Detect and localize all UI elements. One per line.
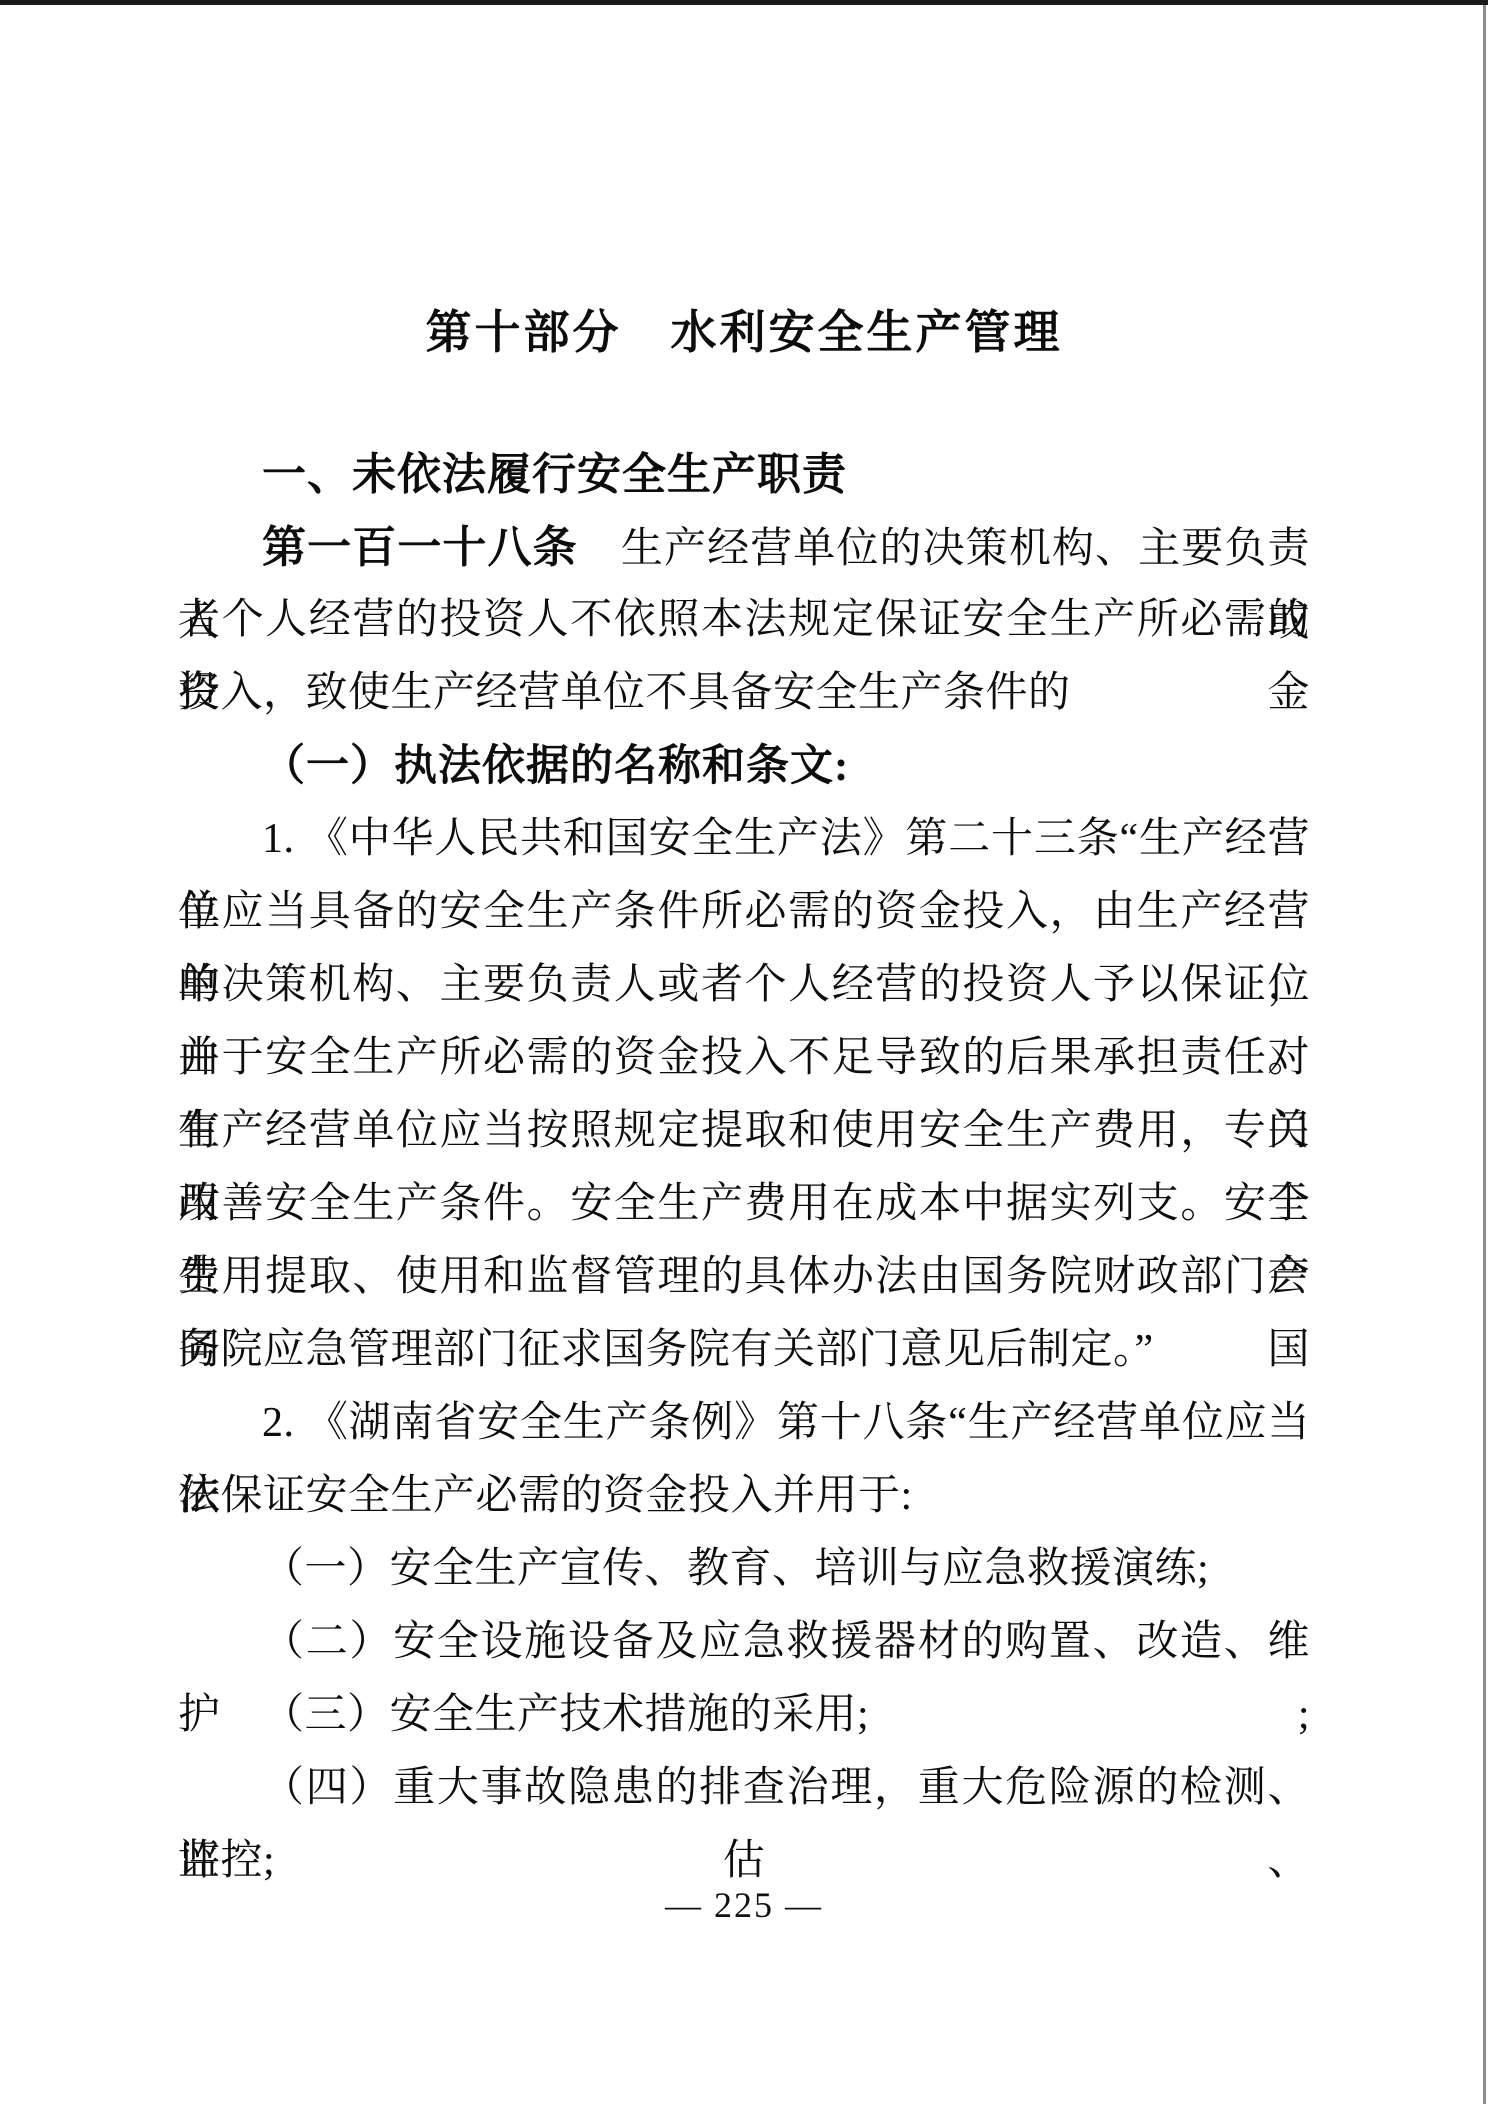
text-line: 费用提取、使用和监督管理的具体办法由国务院财政部门会同国 [178, 1241, 1310, 1314]
text-line: （一）执法依据的名称和条文: [178, 730, 1310, 803]
text-line: 2. 《湖南省安全生产条例》第十八条“生产经营单位应当依 [178, 1387, 1310, 1460]
text-line: 改善安全生产条件。安全生产费用在成本中据实列支。安全生产 [178, 1168, 1310, 1241]
page-top-border [0, 0, 1488, 5]
title-gap [178, 369, 1310, 438]
text-line: （四）重大事故隐患的排查治理，重大危险源的检测、评估、 [178, 1752, 1310, 1825]
text-line: 第一百一十八条 生产经营单位的决策机构、主要负责人或 [178, 511, 1310, 584]
page-right-edge-line [1483, 5, 1486, 2104]
text-line: 位应当具备的安全生产条件所必需的资金投入，由生产经营单位 [178, 876, 1310, 949]
text-line: 1. 《中华人民共和国安全生产法》第二十三条“生产经营单 [178, 803, 1310, 876]
page-number: — 225 — [0, 1883, 1488, 1927]
text-line: 由于安全生产所必需的资金投入不足导致的后果承担责任。有关 [178, 1022, 1310, 1095]
text-line: 者个人经营的投资人不依照本法规定保证安全生产所必需的资金 [178, 584, 1310, 657]
page-title: 第十部分 水利安全生产管理 [178, 296, 1310, 369]
text-line: （一）安全生产宣传、教育、培训与应急救援演练; [178, 1533, 1310, 1606]
text-line: 法保证安全生产必需的资金投入并用于: [178, 1460, 1310, 1533]
page-content: 第十部分 水利安全生产管理 一、未依法履行安全生产职责第一百一十八条 生产经营单… [178, 296, 1310, 1898]
body-text: 一、未依法履行安全生产职责第一百一十八条 生产经营单位的决策机构、主要负责人或者… [178, 438, 1310, 1898]
article-number: 第一百一十八条 [262, 523, 578, 572]
text-line: 务院应急管理部门征求国务院有关部门意见后制定。” [178, 1314, 1310, 1387]
text-line: 的决策机构、主要负责人或者个人经营的投资人予以保证，并对 [178, 949, 1310, 1022]
text-line: （二）安全设施设备及应急救援器材的购置、改造、维护; [178, 1606, 1310, 1679]
text-line: 一、未依法履行安全生产职责 [178, 438, 1310, 511]
text-line: 生产经营单位应当按照规定提取和使用安全生产费用，专门用于 [178, 1095, 1310, 1168]
